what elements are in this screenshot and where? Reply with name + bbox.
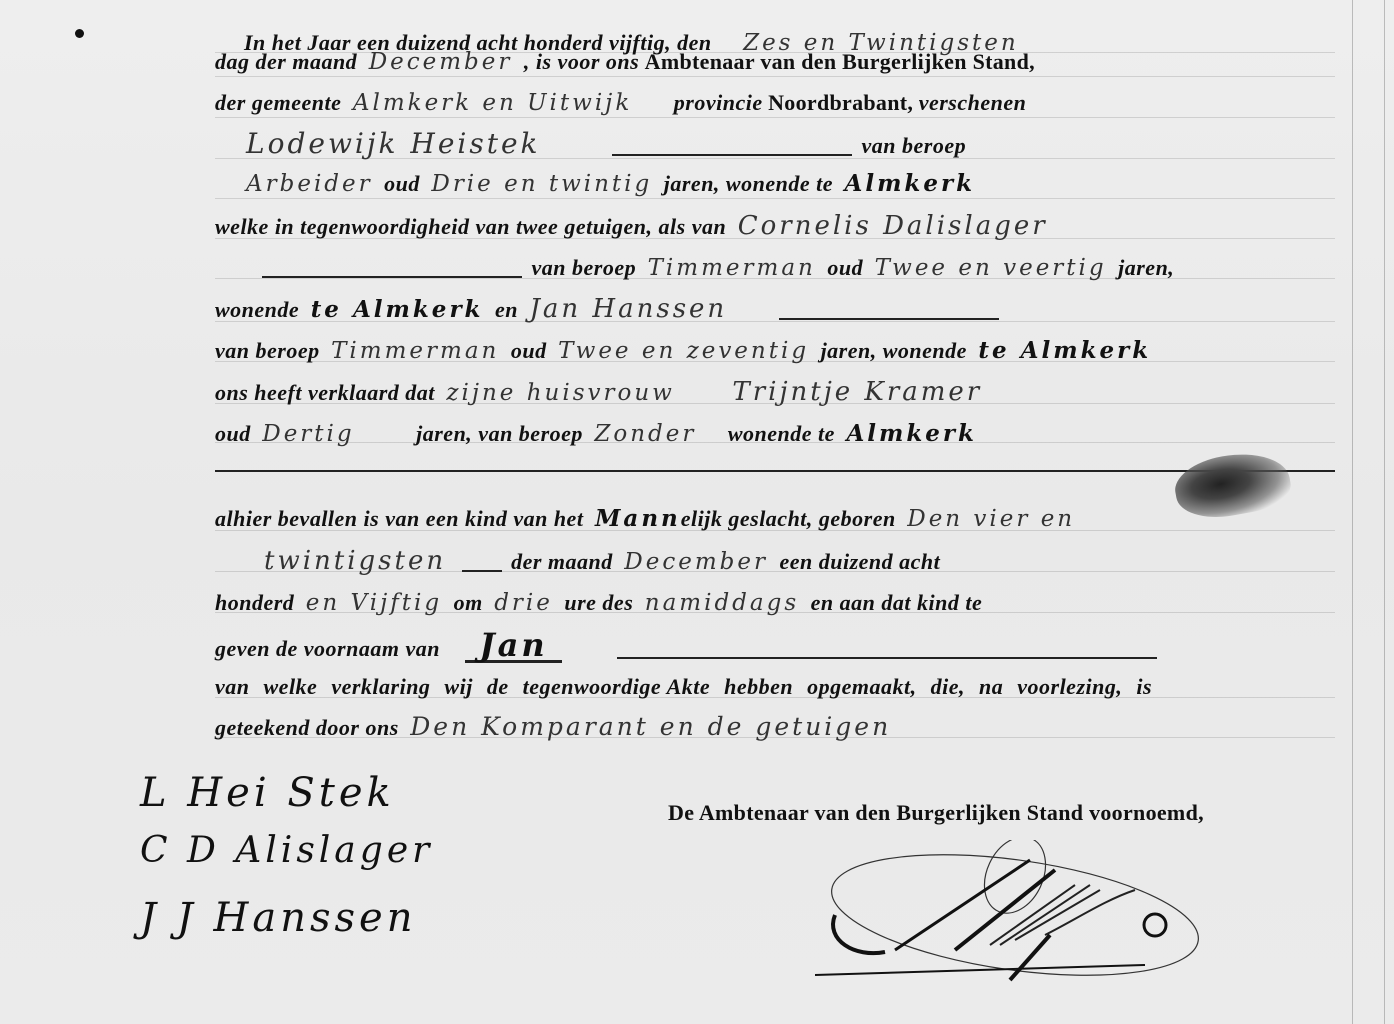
line-12: alhier bevallen is van een kind van het …: [215, 504, 1081, 534]
handwritten-father-name: Lodewijk Heistek: [240, 129, 547, 159]
handwritten-occupation: Zonder: [588, 419, 702, 449]
handwritten-birth-month: December: [618, 547, 774, 577]
handwritten-birth-hour: drie: [488, 588, 559, 618]
printed-text: alhier bevallen is van een kind van het: [215, 506, 583, 531]
printed-text: Akte hebben opgemaakt, die, na voorlezin…: [667, 674, 1152, 699]
printed-text: wonende te: [728, 421, 835, 446]
line-14: honderd en Vijftig om drie ure des namid…: [215, 588, 982, 618]
right-margin-line: [1352, 0, 1353, 1024]
handwritten-residence: te Almkerk: [305, 295, 490, 325]
handwritten-age: Twee en zeventig: [552, 336, 815, 366]
handwritten-birth-day-cont: twintigsten: [258, 546, 452, 576]
handwritten-age: Drie en twintig: [425, 169, 658, 199]
printed-text: jaren, wonende te: [664, 171, 833, 196]
bullet-mark: [75, 29, 84, 38]
blank-line: [262, 262, 522, 278]
line-7: van beroep Timmerman oud Twee en veertig…: [258, 253, 1174, 283]
printed-text: ure des: [564, 590, 633, 615]
printed-text: honderd: [215, 590, 294, 615]
printed-text: Noordbrabant,: [768, 90, 913, 115]
printed-text: der gemeente: [215, 90, 341, 115]
handwritten-time-of-day: namiddags: [639, 588, 805, 618]
printed-text: jaren, wonende: [821, 338, 967, 363]
handwritten-occupation: Timmerman: [642, 253, 822, 283]
printed-text: geteekend door ons: [215, 715, 399, 740]
line-11: oud Dertig jaren, van beroep Zonder wone…: [215, 419, 983, 449]
printed-text: van beroep: [532, 255, 637, 280]
blank-line: [462, 556, 502, 572]
page-edge-line: [1384, 0, 1385, 1024]
printed-text: geven de voornaam van: [215, 636, 440, 661]
printed-text: jaren, van beroep: [416, 421, 583, 446]
handwritten-mother-name: Trijntje Kramer: [726, 377, 988, 407]
handwritten-residence: Almkerk: [838, 169, 981, 199]
handwritten-residence: Almkerk: [840, 419, 983, 449]
blank-line: [215, 470, 1335, 472]
handwritten-sex: Mann: [589, 504, 681, 534]
printed-text: om: [454, 590, 483, 615]
line-3: der gemeente Almkerk en Uitwijk provinci…: [215, 88, 1026, 118]
printed-text: ons heeft verklaard dat: [215, 380, 435, 405]
line-16: van welke verklaring wij de tegenwoordig…: [215, 672, 1152, 702]
printed-text: en aan dat kind te: [811, 590, 983, 615]
line-9: van beroep Timmerman oud Twee en zeventi…: [215, 336, 1157, 366]
line-10: ons heeft verklaard dat zijne huisvrouw …: [215, 377, 988, 407]
handwritten-witness1-name: Cornelis Dalislager: [732, 211, 1054, 241]
handwritten-municipality: Almkerk en Uitwijk: [347, 88, 638, 118]
printed-text: Ambtenaar van den Burgerlijken Stand,: [645, 49, 1035, 74]
printed-text: dag der maand: [215, 49, 357, 74]
printed-text: van beroep: [215, 338, 320, 363]
line-6: welke in tegenwoordigheid van twee getui…: [215, 211, 1054, 241]
printed-text: verschenen: [919, 90, 1027, 115]
handwritten-relation: zijne huisvrouw: [440, 378, 680, 408]
printed-text: oud: [827, 255, 863, 280]
handwritten-birth-year: en Vijftig: [300, 588, 448, 618]
ink-blot: [1171, 445, 1295, 524]
signature-father: L Hei Stek: [140, 770, 395, 816]
printed-text: oud: [215, 421, 251, 446]
blank-line: [617, 643, 1157, 659]
printed-text: provincie: [674, 90, 763, 115]
printed-text: , is voor ons: [524, 49, 639, 74]
printed-text: oud: [384, 171, 420, 196]
printed-text: elijk geslacht, geboren: [681, 506, 896, 531]
line-13: twintigsten der maand December een duize…: [258, 546, 940, 576]
handwritten-birth-day: Den vier en: [901, 504, 1081, 534]
handwritten-month: December: [363, 47, 519, 77]
blank-line: [779, 304, 999, 320]
handwritten-witness2-name: Jan Hanssen: [524, 294, 734, 324]
handwritten-age: Twee en veertig: [869, 253, 1113, 283]
printed-text: welke in tegenwoordigheid van twee getui…: [215, 214, 726, 239]
official-caption: De Ambtenaar van den Burgerlijken Stand …: [668, 800, 1204, 826]
handwritten-given-name: Jan: [465, 630, 561, 663]
line-15: geven de voornaam van Jan: [215, 630, 1161, 660]
document-page: In het Jaar een duizend acht honderd vij…: [0, 0, 1394, 1024]
line-17: geteekend door ons Den Komparant en de g…: [215, 712, 897, 742]
handwritten-signatories: Den Komparant en de getuigen: [404, 712, 897, 742]
handwritten-occupation: Arbeider: [240, 169, 379, 199]
official-signature-flourish: [815, 840, 1205, 990]
handwritten-age: Dertig: [256, 419, 360, 449]
printed-text: der maand: [511, 549, 613, 574]
signature-witness-2: J J Hanssen: [140, 895, 416, 941]
line-2: dag der maand December , is voor ons Amb…: [215, 47, 1035, 77]
line-4: Lodewijk Heistek van beroep: [240, 129, 966, 159]
line-8: wonende te Almkerk en Jan Hanssen: [215, 294, 1003, 324]
printed-text: jaren,: [1118, 255, 1174, 280]
printed-text: wonende: [215, 297, 299, 322]
printed-text: van welke verklaring wij de tegenwoordig…: [215, 674, 661, 699]
blank-line: [612, 140, 852, 156]
printed-text: oud: [511, 338, 547, 363]
handwritten-residence: te Almkerk: [972, 336, 1157, 366]
printed-text: van beroep: [862, 133, 967, 158]
line-5: Arbeider oud Drie en twintig jaren, wone…: [240, 169, 981, 199]
handwritten-occupation: Timmerman: [325, 336, 505, 366]
printed-text: een duizend acht: [779, 549, 940, 574]
signature-witness-1: C D Alislager: [140, 830, 433, 871]
printed-text: en: [495, 297, 518, 322]
